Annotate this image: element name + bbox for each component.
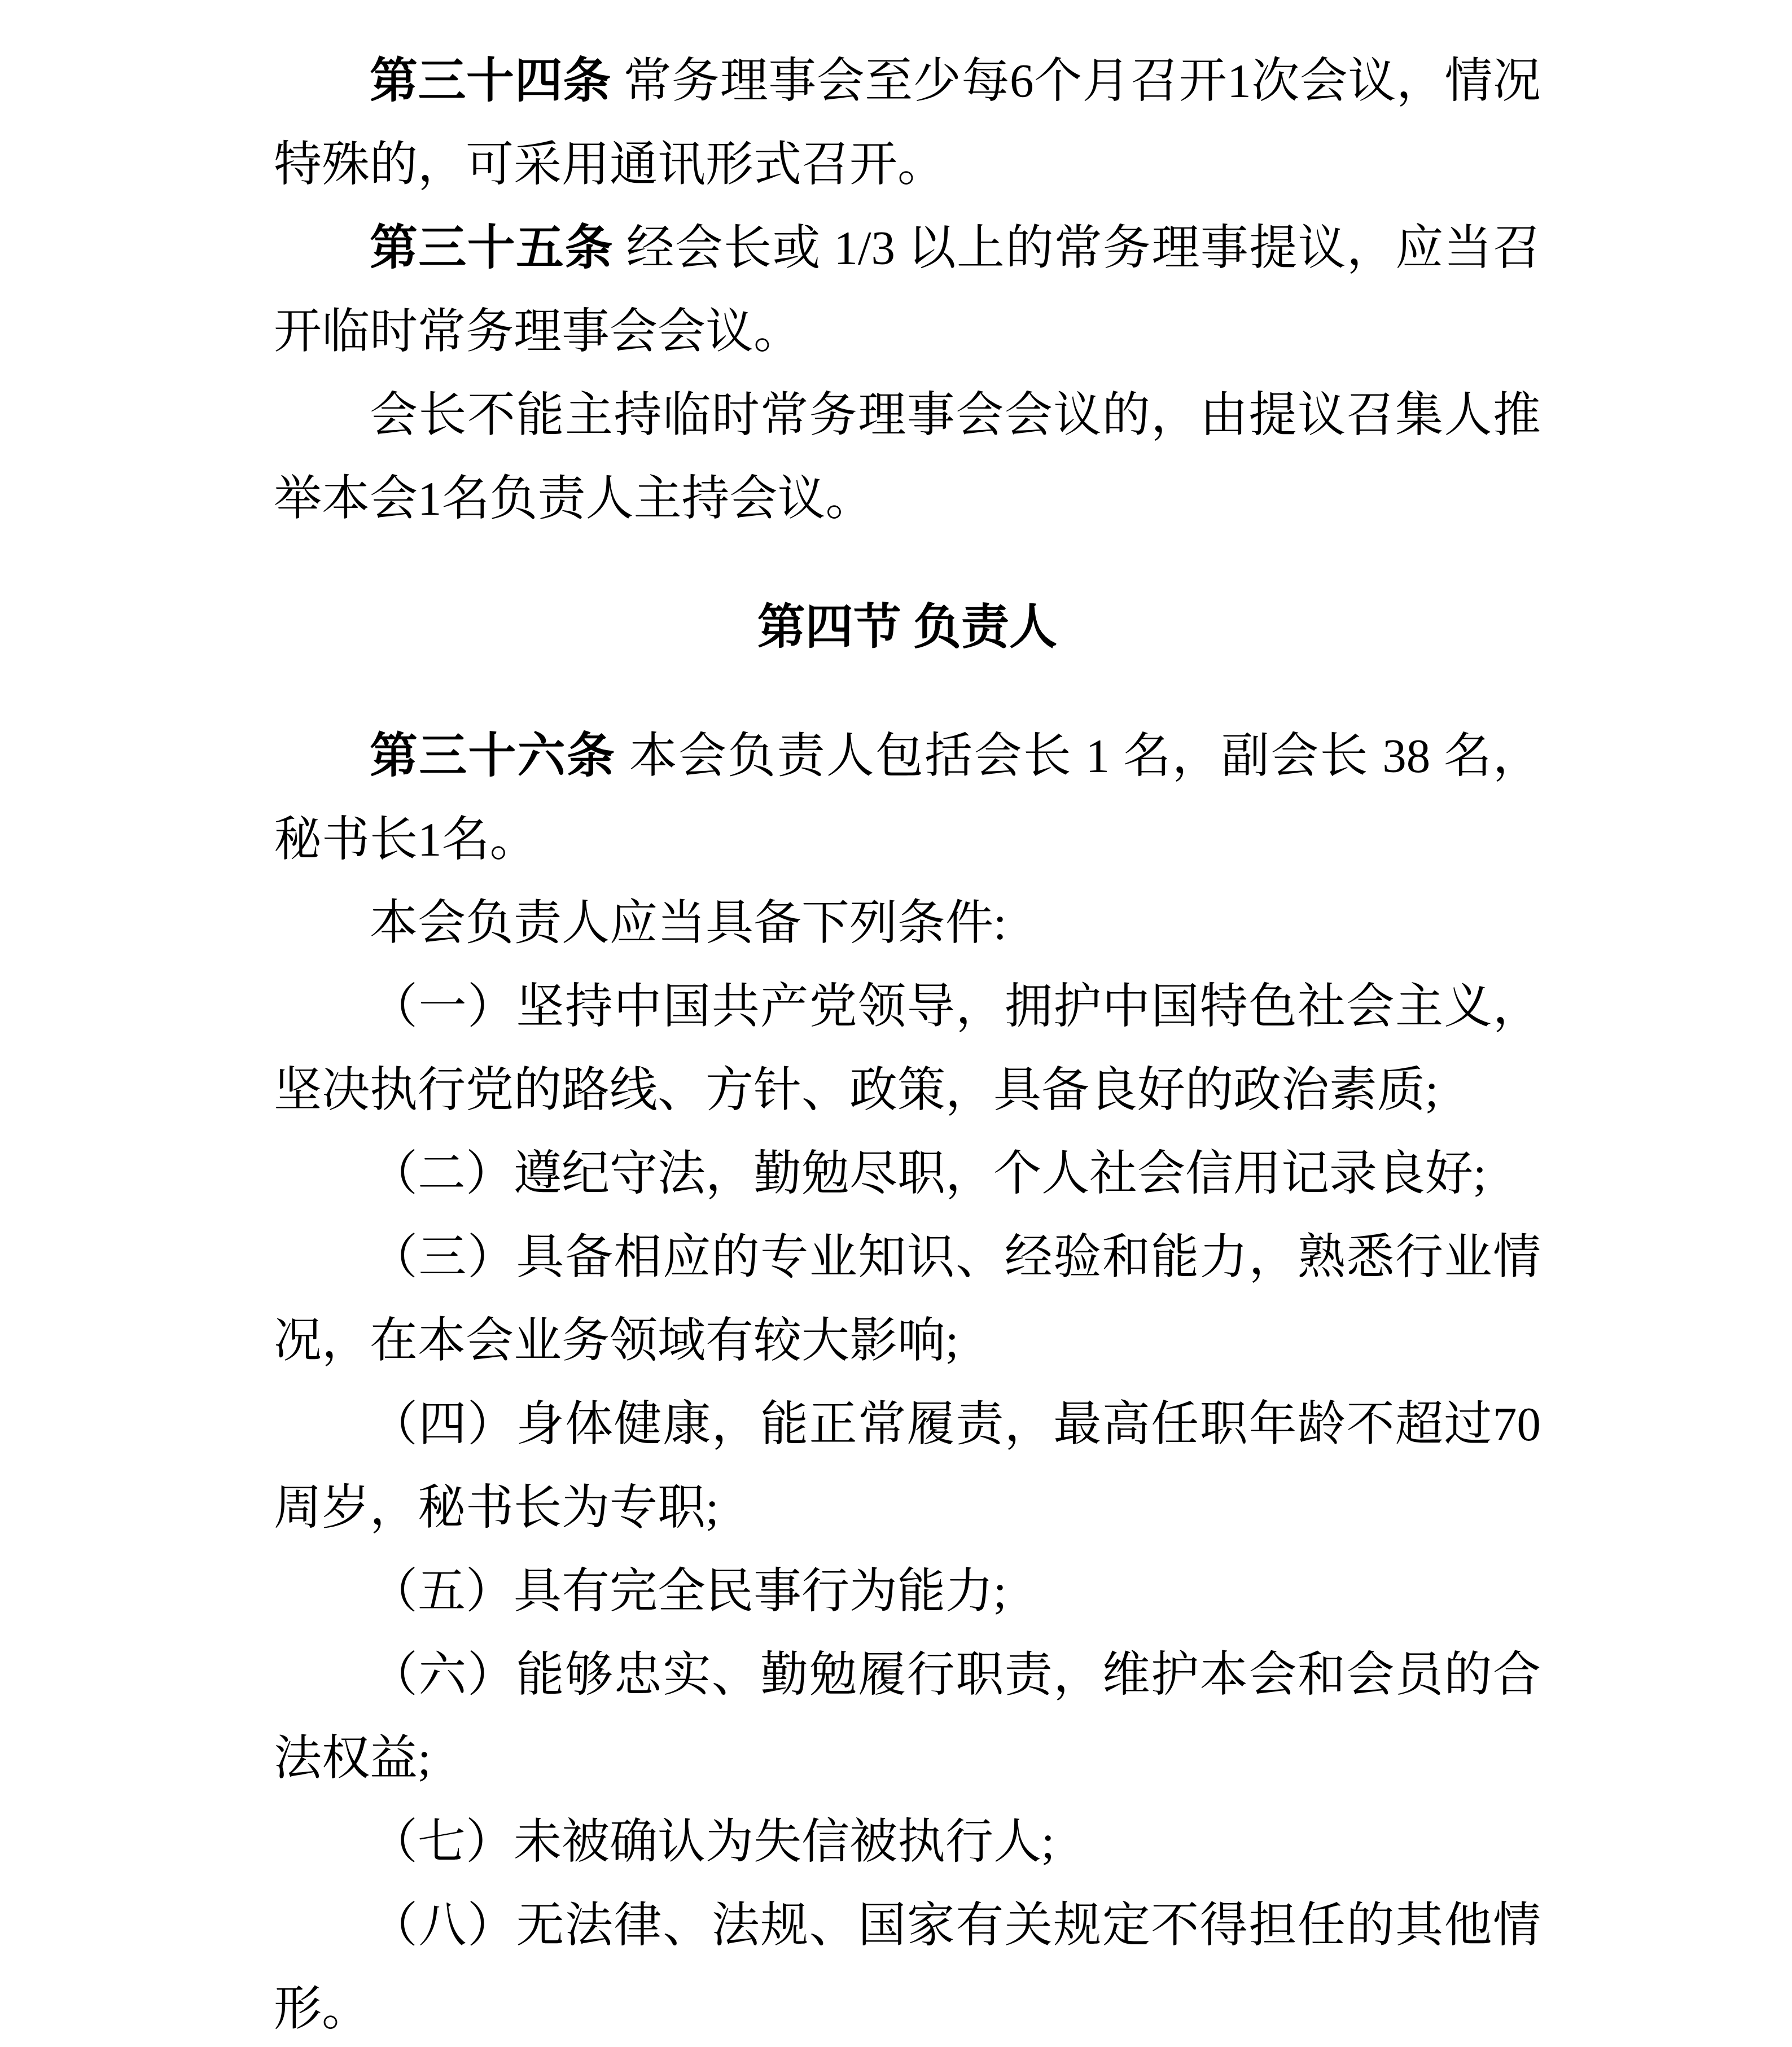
condition-item-8: （八）无法律、法规、国家有关规定不得担任的其他情形。: [274, 1884, 1541, 2047]
condition-item-7: （七）未被确认为失信被执行人;: [274, 1800, 1541, 1884]
section-4-heading: 第四节 负责人: [274, 586, 1541, 669]
conditions-intro-paragraph: 本会负责人应当具备下列条件:: [274, 882, 1541, 965]
article-35-continuation-paragraph: 会长不能主持临时常务理事会会议的，由提议召集人推举本会1名负责人主持会议。: [274, 374, 1541, 541]
condition-item-5: （五）具有完全民事行为能力;: [274, 1550, 1541, 1633]
article-34-number: 第三十四条: [370, 55, 611, 108]
article-34-paragraph: 第三十四条 常务理事会至少每6个月召开1次会议，情况特殊的，可采用通讯形式召开。: [274, 40, 1541, 207]
article-36-number: 第三十六条: [370, 730, 616, 783]
article-35-number: 第三十五条: [370, 222, 614, 275]
article-35-paragraph: 第三十五条 经会长或 1/3 以上的常务理事提议，应当召开临时常务理事会会议。: [274, 207, 1541, 374]
document-page: 第三十四条 常务理事会至少每6个月召开1次会议，情况特殊的，可采用通讯形式召开。…: [0, 0, 1792, 2047]
condition-item-6: （六）能够忠实、勤勉履行职责，维护本会和会员的合法权益;: [274, 1633, 1541, 1800]
document-body: 第三十四条 常务理事会至少每6个月召开1次会议，情况特殊的，可采用通讯形式召开。…: [274, 40, 1541, 2047]
condition-item-4: （四）身体健康，能正常履责，最高任职年龄不超过70周岁，秘书长为专职;: [274, 1383, 1541, 1550]
article-36-paragraph: 第三十六条 本会负责人包括会长 1 名，副会长 38 名，秘书长1名。: [274, 715, 1541, 882]
condition-item-2: （二）遵纪守法，勤勉尽职，个人社会信用记录良好;: [274, 1132, 1541, 1216]
condition-item-3: （三）具备相应的专业知识、经验和能力，熟悉行业情况，在本会业务领域有较大影响;: [274, 1216, 1541, 1383]
condition-item-1: （一）坚持中国共产党领导，拥护中国特色社会主义，坚决执行党的路线、方针、政策，具…: [274, 965, 1541, 1132]
